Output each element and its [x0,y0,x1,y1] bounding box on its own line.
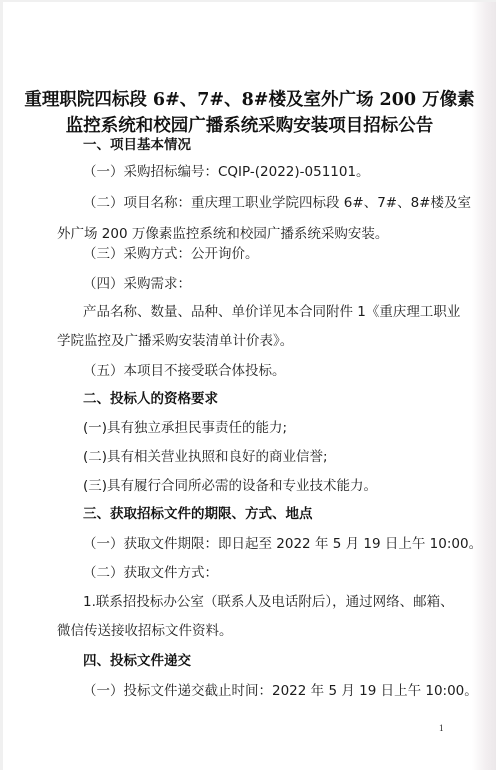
section-3-line-2: （二）获取文件方式： [83,561,218,581]
section-heading-1: 一、项目基本情况 [83,133,191,153]
section-3-line-4: 微信传送接收招标文件资料。 [57,619,233,639]
section-1-line-7: 学院监控及广播采购安装清单计价表》。 [57,329,293,349]
section-4-line-1: （一）投标文件递交截止时间：2022 年 5 月 19 日上午 10:00。 [83,679,478,699]
section-1-line-4: （三）采购方式：公开询价。 [83,242,259,262]
section-2-line-1: (一)具有独立承担民事责任的能力; [83,416,287,436]
page-number: 1 [439,723,444,733]
document-title-line-1: 重理职院四标段 6#、7#、8#楼及室外广场 200 万像素 [3,86,496,111]
section-2-line-3: (三)具有履行合同所必需的设备和专业技术能力。 [83,474,377,494]
document-page: 重理职院四标段 6#、7#、8#楼及室外广场 200 万像素 监控系统和校园广播… [3,2,496,770]
section-1-line-3: 外广场 200 万像素监控系统和校园广播系统采购安装。 [57,222,388,242]
section-1-line-5: （四）采购需求： [83,272,191,292]
section-heading-4: 四、投标文件递交 [83,649,191,669]
section-3-line-1: （一）获取文件期限：即日起至 2022 年 5 月 19 日上午 10:00。 [83,532,482,552]
section-1-line-8: （五）本项目不接受联合体投标。 [83,359,286,379]
section-1-line-6: 产品名称、数量、品种、单价详见本合同附件 1《重庆理工职业 [83,300,460,320]
section-heading-2: 二、投标人的资格要求 [83,387,218,407]
section-3-line-3: 1.联系招投标办公室（联系人及电话附后），通过网络、邮箱、 [83,590,454,610]
section-2-line-2: (二)具有相关营业执照和良好的商业信誉; [83,445,328,465]
section-heading-3: 三、获取招标文件的期限、方式、地点 [83,502,313,522]
document-title-line-2: 监控系统和校园广播系统采购安装项目招标公告 [3,112,496,137]
section-1-line-2: （二）项目名称：重庆理工职业学院四标段 6#、7#、8#楼及室 [83,191,471,211]
section-1-line-1: （一）采购招标编号：CQIP-(2022)-051101。 [83,160,370,180]
